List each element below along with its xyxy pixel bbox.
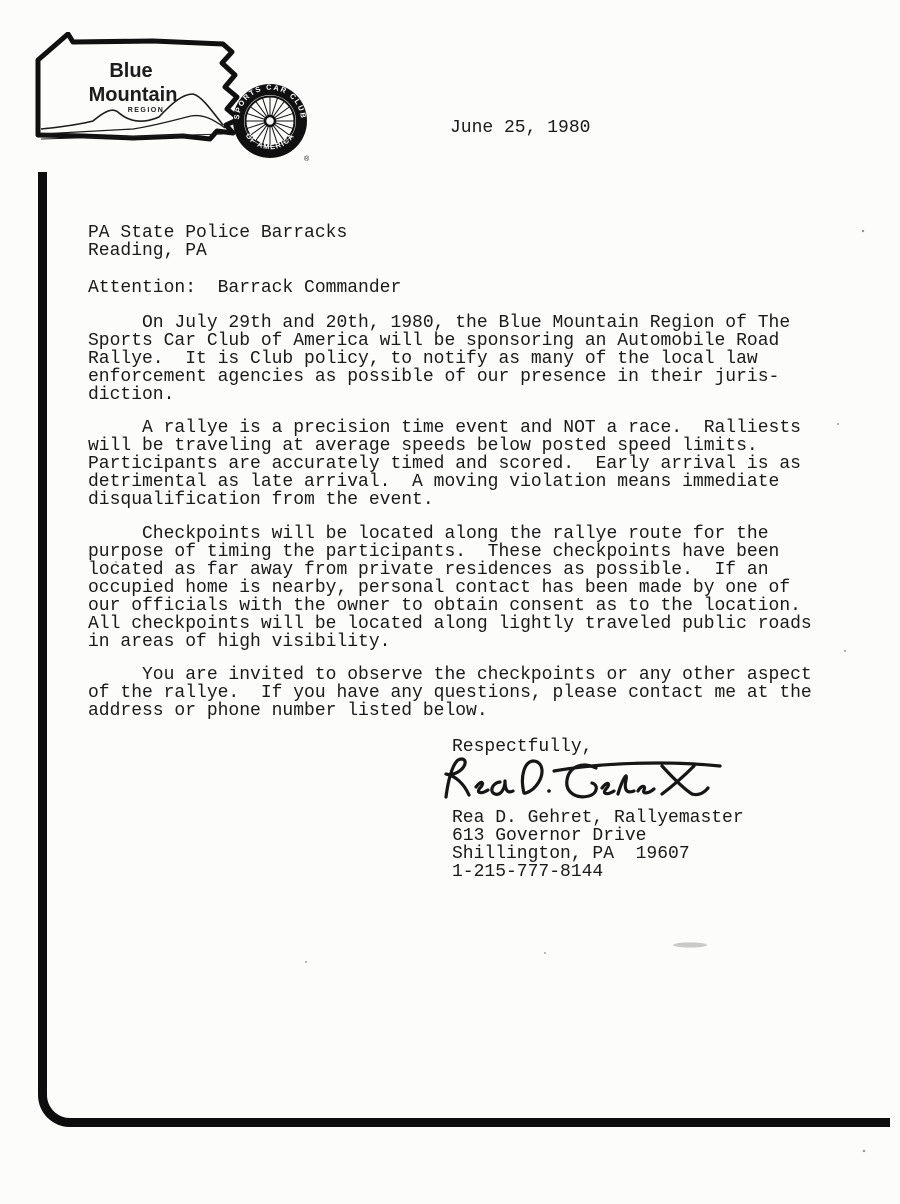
signature-block: Rea D. Gehret, Rallyemaster 613 Governor… [452, 809, 744, 881]
body-paragraph-2: A rallye is a precision time event and N… [88, 419, 801, 509]
scca-wheel-badge-icon: SPORTS CAR CLUB OF AMERICA ® [232, 83, 310, 163]
body-paragraph-4: You are invited to observe the checkpoin… [88, 666, 812, 720]
registered-trademark-icon: ® [304, 155, 310, 163]
recipient-address: PA State Police Barracks Reading, PA [88, 224, 347, 260]
letter-date: June 25, 1980 [450, 119, 590, 137]
region-name-line1: Blue [109, 60, 152, 82]
scanned-letter-page: Blue Mountain REGION [0, 0, 900, 1204]
body-paragraph-3: Checkpoints will be located along the ra… [88, 525, 812, 651]
attention-line: Attention: Barrack Commander [88, 279, 401, 297]
body-paragraph-1: On July 29th and 20th, 1980, the Blue Mo… [88, 314, 790, 404]
handwritten-signature [436, 753, 728, 805]
blue-mountain-region-logo: Blue Mountain REGION [33, 32, 325, 168]
region-name-line2: Mountain [89, 84, 178, 106]
region-subtitle: REGION [128, 107, 165, 114]
